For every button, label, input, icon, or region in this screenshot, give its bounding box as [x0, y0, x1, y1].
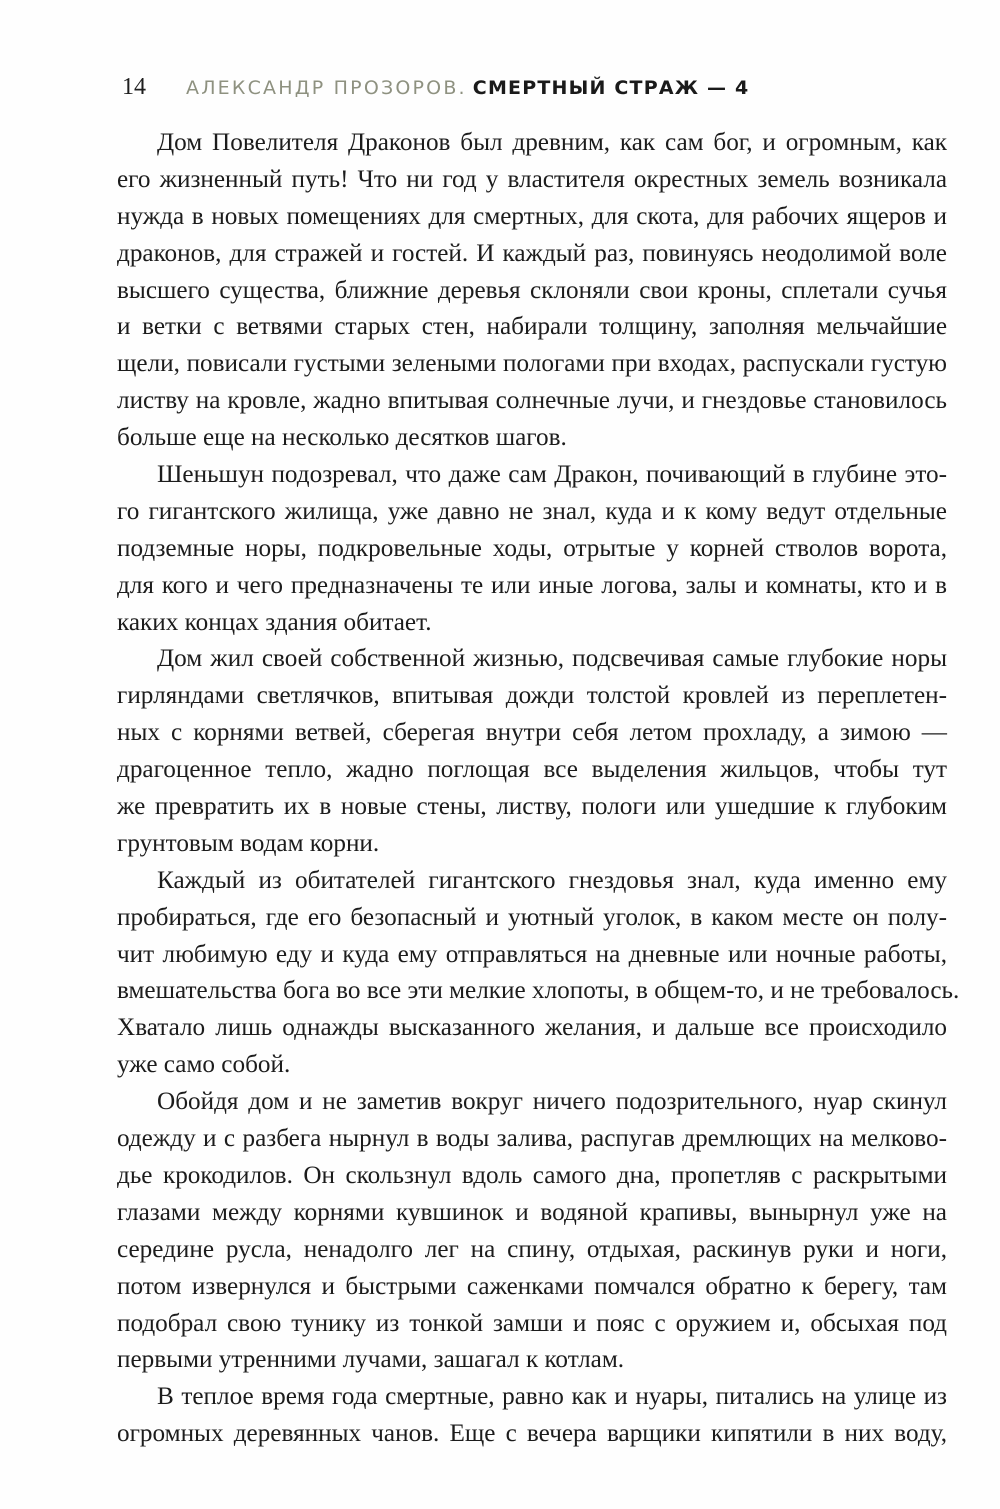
text-line: Каждый из обитателей гигантского гнездов…: [117, 863, 947, 900]
paragraph-6: В теплое время года смертные, равно как …: [117, 1379, 947, 1453]
text-line: Шеньшун подозревал, что даже сам Дракон,…: [117, 457, 947, 494]
text-line: Обойдя дом и не заметив вокруг ничего по…: [117, 1084, 947, 1121]
text-line: Дом Повелителя Драконов был древним, как…: [117, 125, 947, 162]
text-line: нужда в новых помещениях для смертных, д…: [117, 199, 947, 236]
body-text: Дом Повелителя Драконов был древним, как…: [117, 125, 947, 1453]
text-line: дье крокодилов. Он скользнул вдоль самог…: [117, 1158, 947, 1195]
text-line: же превратить их в новые стены, листву, …: [117, 789, 947, 826]
text-line: уже само собой.: [117, 1047, 947, 1084]
text-line: подземные норы, подкровельные ходы, отры…: [117, 531, 947, 568]
running-header-author: АЛЕКСАНДР ПРОЗОРОВ.: [186, 77, 467, 99]
text-line: щели, повисали густыми зелеными пологами…: [117, 346, 947, 383]
text-line: драгоценное тепло, жадно поглощая все вы…: [117, 752, 947, 789]
text-line: В теплое время года смертные, равно как …: [117, 1379, 947, 1416]
text-line: каких концах здания обитает.: [117, 605, 947, 642]
text-line: Хватало лишь однажды высказанного желани…: [117, 1010, 947, 1047]
text-line: го гигантского жилища, уже давно не знал…: [117, 494, 947, 531]
page-number: 14: [122, 74, 146, 101]
text-line: для кого и чего предназначены те или ины…: [117, 568, 947, 605]
paragraph-1: Дом Повелителя Драконов был древним, как…: [117, 125, 947, 457]
paragraph-4: Каждый из обитателей гигантского гнездов…: [117, 863, 947, 1084]
text-line: середине русла, ненадолго лег на спину, …: [117, 1232, 947, 1269]
text-line: Дом жил своей собственной жизнью, подсве…: [117, 641, 947, 678]
text-line: одежду и с разбега нырнул в воды залива,…: [117, 1121, 947, 1158]
text-line: чит любимую еду и куда ему отправляться …: [117, 937, 947, 974]
text-line: высшего существа, ближние деревья склоня…: [117, 273, 947, 310]
text-line: гирляндами светлячков, впитывая дожди то…: [117, 678, 947, 715]
text-line: его жизненный путь! Что ни год у властит…: [117, 162, 947, 199]
paragraph-3: Дом жил своей собственной жизнью, подсве…: [117, 641, 947, 862]
text-line: вмешательства бога во все эти мелкие хло…: [117, 973, 947, 1010]
running-header-title: СМЕРТНЫЙ СТРАЖ — 4: [473, 77, 750, 99]
running-header: 14 АЛЕКСАНДР ПРОЗОРОВ. СМЕРТНЫЙ СТРАЖ — …: [122, 74, 749, 104]
text-line: первыми утренними лучами, зашагал к котл…: [117, 1342, 947, 1379]
book-page: 14 АЛЕКСАНДР ПРОЗОРОВ. СМЕРТНЫЙ СТРАЖ — …: [0, 0, 1000, 1509]
text-line: больше еще на несколько десятков шагов.: [117, 420, 947, 457]
text-line: глазами между корнями кувшинок и водяной…: [117, 1195, 947, 1232]
text-line: ных с корнями ветвей, сберегая внутри се…: [117, 715, 947, 752]
text-line: пробираться, где его безопасный и уютный…: [117, 900, 947, 937]
text-line: и ветки с ветвями старых стен, набирали …: [117, 309, 947, 346]
text-line: подобрал свою тунику из тонкой замши и п…: [117, 1306, 947, 1343]
paragraph-2: Шеньшун подозревал, что даже сам Дракон,…: [117, 457, 947, 641]
text-line: грунтовым водам корни.: [117, 826, 947, 863]
text-line: огромных деревянных чанов. Еще с вечера …: [117, 1416, 947, 1453]
text-line: потом извернулся и быстрыми саженками по…: [117, 1269, 947, 1306]
text-line: листву на кровле, жадно впитывая солнечн…: [117, 383, 947, 420]
paragraph-5: Обойдя дом и не заметив вокруг ничего по…: [117, 1084, 947, 1379]
text-line: драконов, для стражей и гостей. И каждый…: [117, 236, 947, 273]
